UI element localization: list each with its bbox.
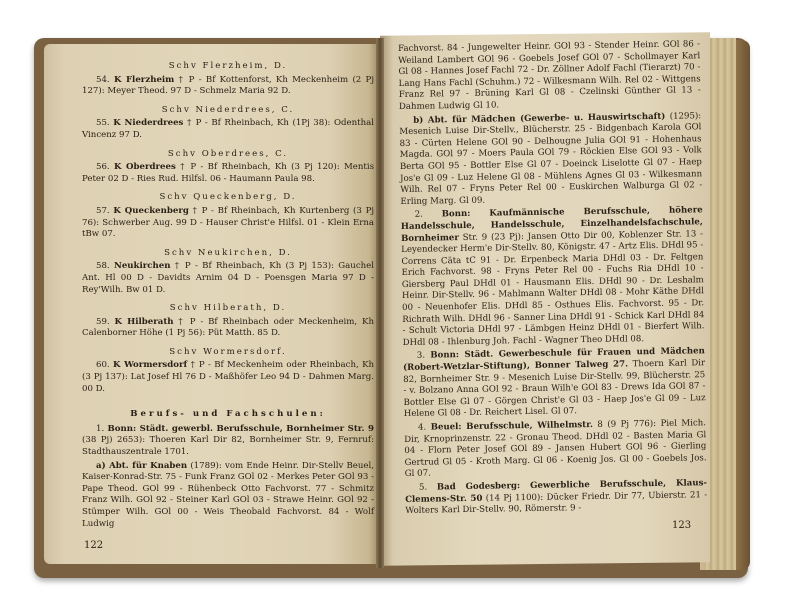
school-entry: 5. Bad Godesberg: Gewerbliche Berufsschu… bbox=[405, 478, 708, 518]
section-heading: Schv Neukirchen, D. bbox=[82, 248, 374, 260]
entry: 56. K Oberdrees † P - Bf Rheinbach, Kh (… bbox=[82, 162, 374, 185]
department-entry: a) Abt. für Knaben (1789): vom Ende Hein… bbox=[82, 461, 374, 531]
page-number-right: 123 bbox=[672, 520, 691, 531]
entry: 58. Neukirchen † P - Bf Rheinbach, Kh (3… bbox=[82, 261, 374, 296]
section-heading: Schv Niederdrees, C. bbox=[82, 105, 374, 117]
entry: 54. K Flerzheim † P - Bf Kottenforst, Kh… bbox=[82, 75, 374, 98]
page-number-left: 122 bbox=[84, 540, 103, 551]
school-entry: 1. Bonn: Städt. gewerbl. Berufsschule, B… bbox=[82, 424, 374, 459]
department-entry: b) Abt. für Mädchen (Gewerbe- u. Hauswir… bbox=[399, 111, 702, 208]
right-page-text: Fachvorst. 84 - Jungewelter Heinr. GOl 9… bbox=[398, 39, 707, 519]
section-heading: Schv Wormersdorf. bbox=[82, 347, 374, 359]
section-heading: Schv Queckenberg, D. bbox=[82, 192, 374, 204]
book-spine-gutter bbox=[376, 38, 384, 568]
section-heading: Schv Flerzheim, D. bbox=[82, 61, 374, 73]
section-heading: Schv Hilberath, D. bbox=[82, 303, 374, 315]
page-edges bbox=[706, 38, 736, 570]
entry: 57. K Queckenberg † P - Bf Rheinbach, Kh… bbox=[82, 206, 374, 241]
left-page-text: Schv Flerzheim, D. 54. K Flerzheim † P -… bbox=[82, 54, 374, 532]
entry: 55. K Niederdrees † P - Bf Rheinbach, Kh… bbox=[82, 118, 374, 141]
school-entry: 4. Beuel: Berufsschule, Wilhelmstr. 8 (9… bbox=[404, 418, 707, 481]
entry: 59. K Hilberath † P - Bf Rheinbach oder … bbox=[82, 317, 374, 340]
section-heading: Schv Oberdrees, C. bbox=[82, 149, 374, 161]
entry: 60. K Wormersdorf † P - Bf Meckenheim od… bbox=[82, 360, 374, 395]
school-entry: 3. Bonn: Städt. Gewerbeschule für Frauen… bbox=[403, 347, 706, 421]
school-entry: 2. Bonn: Kaufmännische Berufsschule, höh… bbox=[401, 206, 705, 350]
continuation-text: Fachvorst. 84 - Jungewelter Heinr. GOl 9… bbox=[398, 39, 701, 113]
section-title: Berufs- und Fachschulen: bbox=[82, 409, 374, 421]
